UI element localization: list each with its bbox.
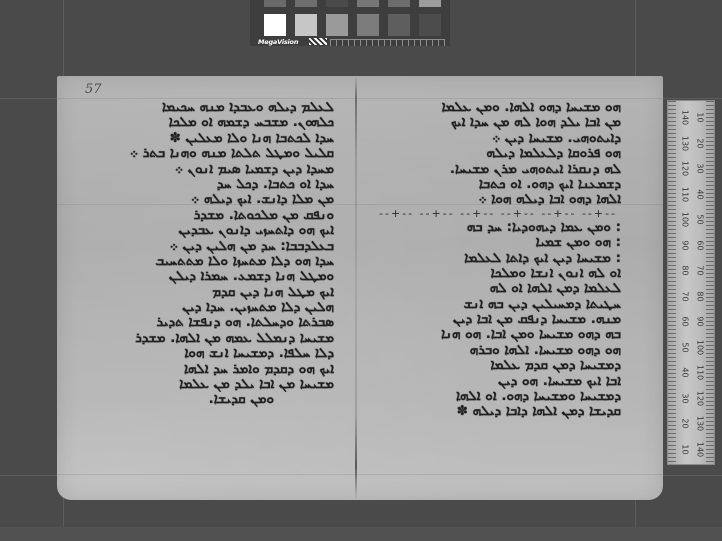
text-line: ܠܥܠܡ ܕܝܠܗ ܘܥܒܕܐ ܡܢܗ ܚܟܝܡܐ [109, 100, 334, 115]
text-line: ܡܫܝܚܐ ܕܢܡܠܠ ܥܡܗ ܡܢ ܐܠܗܐ. ܡܫܕܪ [109, 331, 334, 346]
ruling-line [57, 98, 663, 99]
ruling-line [57, 474, 663, 475]
ruler-label: 140 [696, 439, 705, 459]
text-line: ܡܫܝܚܐ ܡܢ ܐܒܐ ܝܠܕ ܡܢ ܥܠܡܐ [109, 377, 334, 392]
text-line: ܗܘ ܦܪܘܩܐ ܕܠܥܠܡܐ ܕܝܠܗ [379, 146, 621, 161]
text-line: ܒܥܠܕܒܒܐ: ܚܕ ܡܢ ܗܠܝܢ ܕܝܢ ܀ [109, 239, 334, 254]
text-line: ܕܠܐ ܚܠܦܐ. ܕܡܫܝܚܐ ܐܢܫ ܗܘܐ [109, 346, 334, 361]
ruler-label: 50 [696, 210, 705, 230]
text-line: ܚܕܐ ܐܘ ܟܬܒܐ. ܕܟܠ ܚܕ [109, 177, 334, 192]
text-line: ܠܥܠܡܐ ܕܡܢ ܐܠܗܐ ܐܘ ܠܗ [379, 281, 621, 296]
text-line: ܕܡܫܝܚܐ ܕܡܢ ܩܕܡ ܥܠܡܐ [379, 358, 621, 373]
text-line: : ܡܫܝܚܐ ܕܝܢ ܐܝܟ ܕܐܬܐ ܠܥܠܡܐ [379, 251, 621, 266]
ruler-label: 30 [696, 159, 705, 179]
text-line: ܘܢܦܩ ܡܢ ܡܠܟܘܬܐ. ܡܫܕܪ [109, 208, 334, 223]
text-line: ܡܢ ܐܒܐ ܝܠܕ ܗܘܐ ܠܗ ܡܢ ܚܕܐ ܐܝܟ [379, 115, 621, 130]
ruler-label: 70 [696, 261, 705, 281]
swatch [388, 14, 410, 36]
ruler-label: 120 [681, 159, 690, 179]
swatch [419, 0, 441, 7]
ruler-label: 60 [681, 312, 690, 332]
text-column-right: ܗܘ ܡܫܝܚܐ ܕܗܘ ܐܠܗܐ. ܘܡܢ ܥܠܡܐ ܡܢ ܐܒܐ ܝܠܕ ܗ… [379, 100, 621, 420]
text-line: : ܗܘ ܘܡܢ ܫܡܝܐ [379, 235, 621, 250]
color-calibration-target: MegaVision [250, 0, 450, 46]
ruler-label: 110 [696, 363, 705, 383]
ruler-label: 10 [696, 108, 705, 128]
text-line: ܐܝܟ ܡܛܠ ܗܢܐ ܕܝܢ ܩܕܡ [109, 285, 334, 300]
swatch [388, 0, 410, 7]
text-line: ܗܘ ܡܫܝܚܐ ܕܗܘ ܐܠܗܐ. ܘܡܢ ܥܠܡܐ [379, 100, 621, 115]
swatch [357, 0, 379, 7]
ruler-label: 110 [681, 184, 690, 204]
swatch [357, 14, 379, 36]
text-line: ܒܗ ܕܗܘ ܡܫܝܚܐ ܘܡܢ ܐܒܐ. ܗܘ ܗܢܐ [379, 327, 621, 342]
ruler-label: 130 [681, 133, 690, 153]
text-line: ܕܫܡܥܢܐ ܐܝܟ ܕܗܘ. ܐܘ ܟܬܒܐ [379, 177, 621, 192]
ruler-label: 130 [696, 414, 705, 434]
text-line: ܡܚܕܐ ܕܝܢ ܕܫܡܝܐ ܣܝܡ ܐܢܘܢ ܀ [109, 162, 334, 177]
ruler-label: 20 [696, 133, 705, 153]
text-line: ܐܠܗܐ ܕܗܘ ܐܒܐ ܕܝܠܗ ܗܘܐ ܀ [379, 192, 621, 207]
megavision-logo: MegaVision [258, 38, 298, 46]
text-column-left: ܠܥܠܡ ܕܝܠܗ ܘܥܒܕܐ ܡܢܗ ܚܟܝܡܐ ܟܠܗܘܢ. ܡܫܒܚ ܕܫ… [109, 100, 334, 408]
ruler-label: 100 [696, 337, 705, 357]
ruler-ticks-left [668, 101, 676, 464]
text-line: ܘܡܛܠ ܗܢܐ ܕܫܡܥ. ܚܡܪܐ ܕܝܠܢ [109, 269, 334, 284]
swatch [419, 14, 441, 36]
text-line: ܐܝܟ ܗܘ ܕܐܬܚܙܝ ܕܐܢܘܢ ܥܒܕܝܢ [109, 223, 334, 238]
text-line: ܚܛܝܬܐ ܕܡܚܝܠܝܢ ܕܝܢ ܒܗ ܐܢܫ [379, 297, 621, 312]
text-line: ܚܕܐ ܠܟܬܒܐ ܗܢܐ ܘܠܐ ܡܥܠܝܢ ✽ [109, 131, 334, 146]
swatch [264, 14, 286, 36]
capture-bottom-band [0, 527, 722, 541]
text-line: ܡܢܗ. ܡܫܝܚܐ ܕܢܦܩ ܡܢ ܐܒܐ ܕܝܢ [379, 312, 621, 327]
text-line: ܩܠܝܠ ܘܡܛܠ ܬܠܬܐ ܡܢܗ ܘܗܢܐ ܒܬܪ ܀ [109, 146, 334, 161]
swatch [295, 0, 317, 7]
checkerboard-icon [309, 38, 327, 45]
ruler-label: 30 [681, 388, 690, 408]
swatch-row-top [264, 0, 441, 7]
ruler-label: 120 [696, 388, 705, 408]
text-line: ܐܘ ܠܗ ܐܢܘܢ ܐܢܫܐ ܘܡܠܟܐ [379, 266, 621, 281]
ruler-label: 60 [696, 235, 705, 255]
ruler-label: 10 [681, 439, 690, 459]
text-line: ܠܗ ܕܢܩܪܐ ܐܝܬܘܗܝ ܡܪܢ ܡܫܝܚܐ. [379, 162, 621, 177]
ruler-label: 50 [681, 337, 690, 357]
ruler-label: 100 [681, 210, 690, 230]
swatch-row-bottom [264, 14, 441, 36]
text-line: ܐܝܟ ܗܘ ܕܩܕܡ ܘܐܡܪ ܚܕ ܐܠܗܐ [109, 362, 334, 377]
text-line: ܗܠܝܢ ܕܠܐ ܡܬܚܙܝܢ. ܚܕܐ ܕܝܢ [109, 300, 334, 315]
text-line: ܚܕܐ ܗܘ ܕܠܐ ܡܬܚܙܐ ܘܠܐ ܡܬܬܚܝܒ [109, 254, 334, 269]
center-fold [355, 76, 357, 500]
text-line: ܟܠܗܘܢ. ܡܫܒܚ ܕܫܡܗ ܐܘ ܡܠܟܐ [109, 115, 334, 130]
ruler-label: 70 [681, 286, 690, 306]
text-line: ܡܢ ܡܠܐ ܕܐܢܫ. ܐܝܟ ܕܝܠܗ ܀ [109, 192, 334, 207]
swatch [326, 14, 348, 36]
text-line: ܕܐܝܬܘܗܝ. ܡܫܝܚܐ ܕܝܢ ܀ [379, 131, 621, 146]
ruler-label: 90 [681, 235, 690, 255]
text-line: ܗܘ ܕܗܘ ܡܫܝܚܐ. ܐܠܗܐ ܘܒܪܗ [379, 343, 621, 358]
text-line-last: ܘܡܢ ܩܕܝܫܐ. [109, 392, 334, 407]
text-line: ܐܒܐ ܐܝܟ ܡܫܝܚܐ. ܗܘ ܕܝܢ [379, 374, 621, 389]
swatch [295, 14, 317, 36]
text-line: : ܘܡܢ ܥܡܐ ܕܝܗܘܕܝܐ: ܚܕ ܒܗ [379, 220, 621, 235]
ruler-label: 80 [681, 261, 690, 281]
manuscript-bifolium: 57 ܠܥܠܡ ܕܝܠܗ ܘܥܒܕܐ ܡܢܗ ܚܟܝܡܐ ܟܠܗܘܢ. ܡܫܒܚ… [57, 76, 663, 500]
folio-number: 57 [85, 82, 102, 97]
text-line: ܩܕܝܫܐ ܕܡܢ ܐܠܗܐ ܕܐܒܐ ܕܝܠܗ ✽ [379, 404, 621, 419]
ruler-label: 90 [696, 312, 705, 332]
ruler-ticks-right [706, 101, 714, 464]
swatch [326, 0, 348, 7]
ruler-label: 140 [681, 108, 690, 128]
section-divider: --+-- --+-- --+-- --+-- --+-- --+-- --+-… [379, 208, 621, 220]
text-line: ܕܡܫܝܚܐ ܘܡܫܝܚܐ ܕܗܘ. ܐܘ ܐܠܗܐ [379, 389, 621, 404]
ruler-label: 40 [696, 184, 705, 204]
ruler-label: 40 [681, 363, 690, 383]
swatch [264, 0, 286, 7]
ruler-label: 20 [681, 414, 690, 434]
ruler-label: 80 [696, 286, 705, 306]
target-scale-bar [330, 39, 445, 46]
measurement-ruler: 1401301201101009080706050403020101020304… [667, 100, 715, 465]
text-line: ܣܒܪܬܐ ܘܕܚܠܬܐ. ܗܘ ܕܢܦܫܐ ܬܕܝܪ [109, 315, 334, 330]
